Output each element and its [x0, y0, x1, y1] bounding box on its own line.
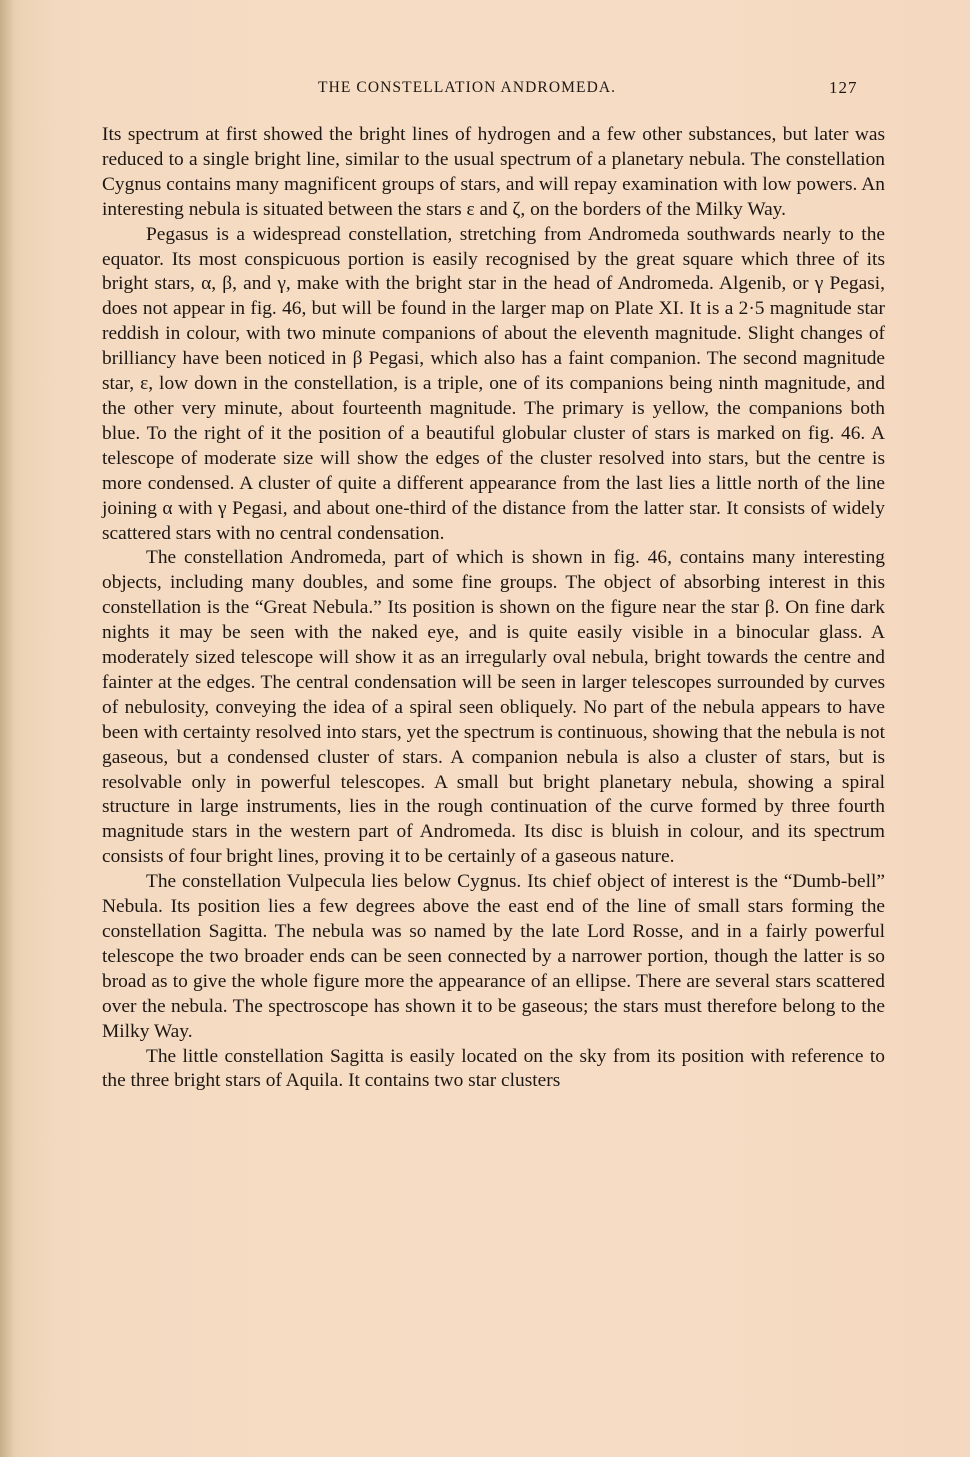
book-page: THE CONSTELLATION ANDROMEDA. 127 Its spe… — [0, 0, 970, 1457]
paragraph-pegasus: Pegasus is a widespread constellation, s… — [102, 223, 885, 547]
page-header: THE CONSTELLATION ANDROMEDA. 127 — [0, 79, 970, 101]
page-edge-shadow — [0, 0, 14, 1457]
running-title: THE CONSTELLATION ANDROMEDA. — [318, 79, 616, 97]
paragraph-cygnus: Its spectrum at first showed the bright … — [102, 123, 885, 223]
paragraph-andromeda: The constellation Andromeda, part of whi… — [102, 546, 885, 870]
body-text: Its spectrum at first showed the bright … — [102, 123, 885, 1094]
paragraph-vulpecula: The constellation Vulpecula lies below C… — [102, 870, 885, 1044]
page-number: 127 — [829, 78, 858, 98]
paragraph-sagitta: The little constellation Sagitta is easi… — [102, 1045, 885, 1095]
